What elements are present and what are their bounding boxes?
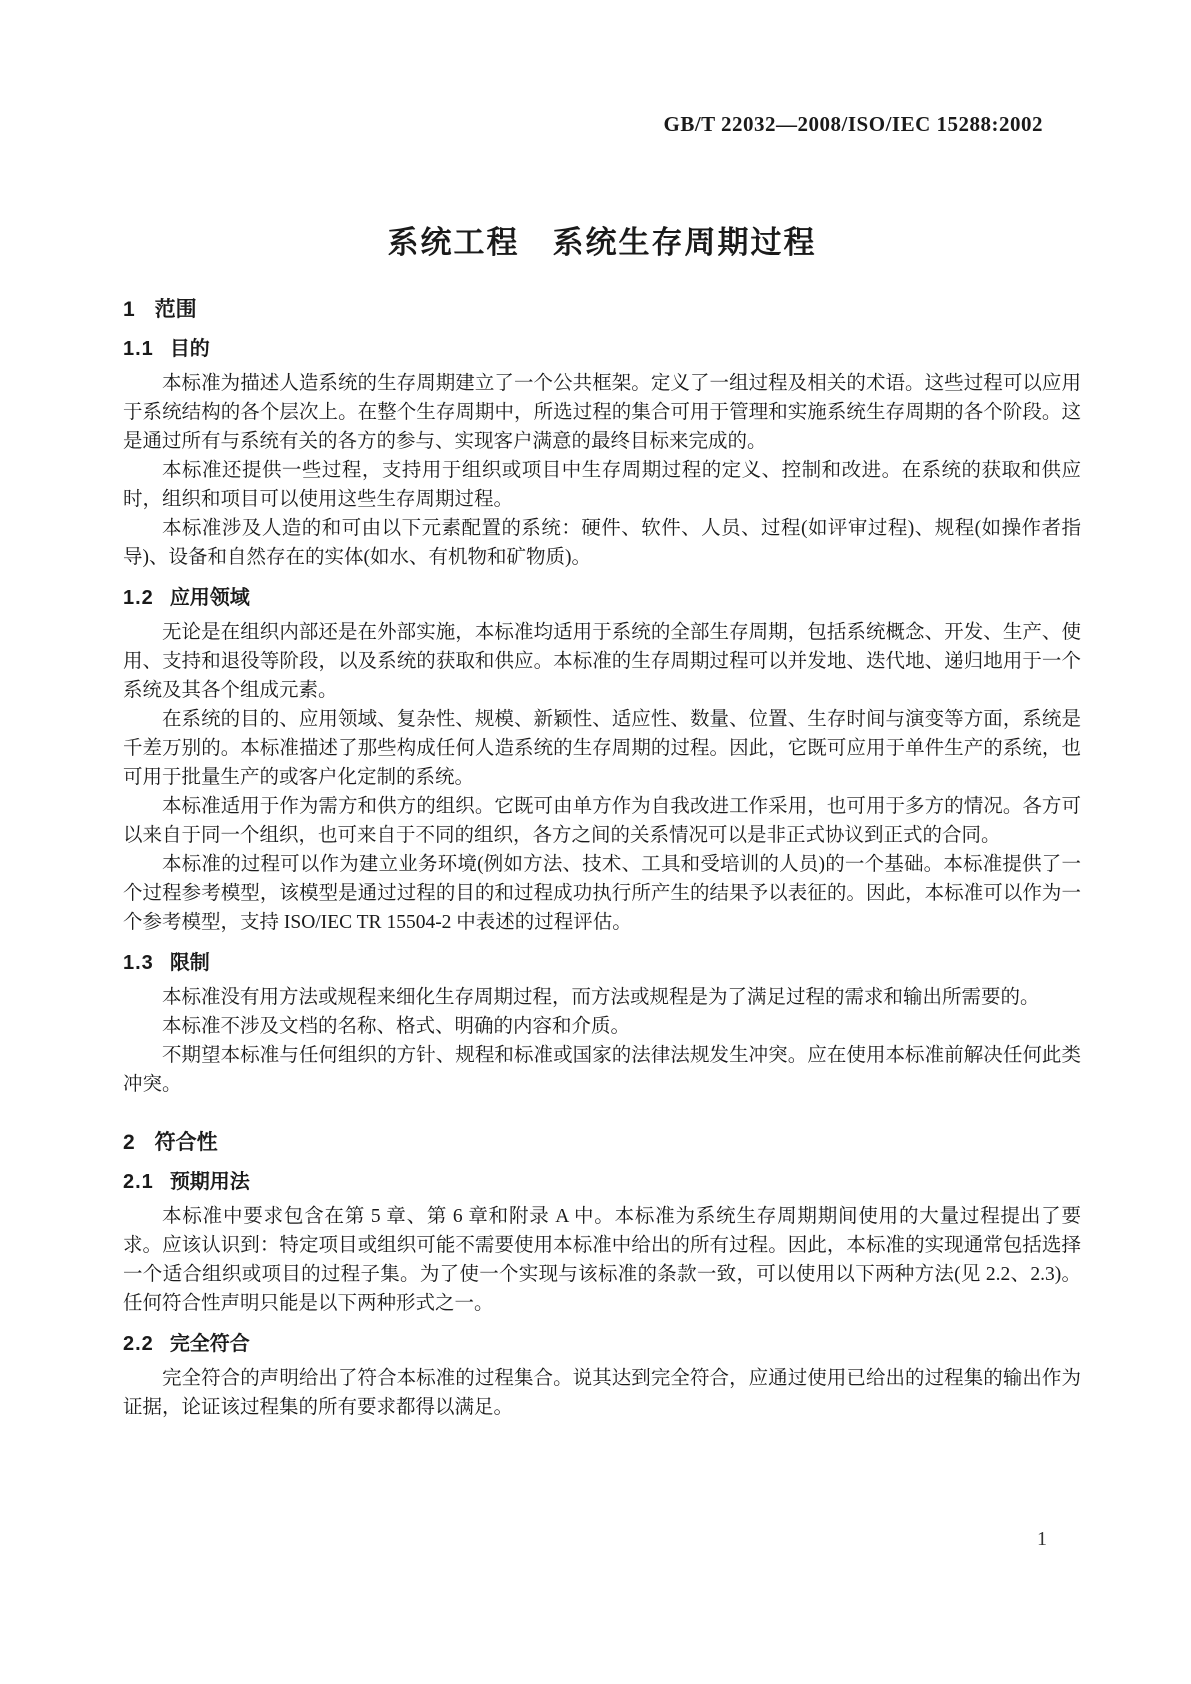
heading-label: 应用领域 bbox=[170, 587, 250, 609]
heading-number: 1.1 bbox=[123, 338, 154, 360]
subsection-heading: 2.2完全符合 bbox=[123, 1332, 1081, 1356]
standard-number-header: GB/T 22032—2008/ISO/IEC 15288:2002 bbox=[123, 112, 1081, 137]
heading-number: 1 bbox=[123, 298, 136, 321]
heading-label: 符合性 bbox=[155, 1131, 218, 1154]
paragraph: 本标准中要求包含在第 5 章、第 6 章和附录 A 中。本标准为系统生存周期期间… bbox=[123, 1202, 1081, 1318]
heading-label: 预期用法 bbox=[170, 1171, 250, 1193]
paragraph: 完全符合的声明给出了符合本标准的过程集合。说其达到完全符合，应通过使用已给出的过… bbox=[123, 1364, 1081, 1422]
paragraph: 本标准的过程可以作为建立业务环境(例如方法、技术、工具和受培训的人员)的一个基础… bbox=[123, 850, 1081, 937]
paragraph: 本标准适用于作为需方和供方的组织。它既可由单方作为自我改进工作采用，也可用于多方… bbox=[123, 792, 1081, 850]
heading-number: 2.1 bbox=[123, 1171, 154, 1193]
document-page: GB/T 22032—2008/ISO/IEC 15288:2002 系统工程 … bbox=[0, 0, 1191, 1684]
document-body: 1范围1.1目的本标准为描述人造系统的生存周期建立了一个公共框架。定义了一组过程… bbox=[123, 296, 1081, 1422]
page-number: 1 bbox=[1037, 1528, 1047, 1551]
paragraph: 本标准涉及人造的和可由以下元素配置的系统：硬件、软件、人员、过程(如评审过程)、… bbox=[123, 514, 1081, 572]
paragraph: 本标准为描述人造系统的生存周期建立了一个公共框架。定义了一组过程及相关的术语。这… bbox=[123, 369, 1081, 456]
page-content: GB/T 22032—2008/ISO/IEC 15288:2002 系统工程 … bbox=[123, 0, 1081, 1422]
paragraph: 在系统的目的、应用领域、复杂性、规模、新颖性、适应性、数量、位置、生存时间与演变… bbox=[123, 705, 1081, 792]
heading-label: 限制 bbox=[170, 952, 210, 974]
section-heading: 2符合性 bbox=[123, 1129, 1081, 1156]
heading-number: 2 bbox=[123, 1131, 136, 1154]
paragraph: 本标准不涉及文档的名称、格式、明确的内容和介质。 bbox=[123, 1012, 1081, 1041]
paragraph: 不期望本标准与任何组织的方针、规程和标准或国家的法律法规发生冲突。应在使用本标准… bbox=[123, 1041, 1081, 1099]
paragraph: 本标准还提供一些过程，支持用于组织或项目中生存周期过程的定义、控制和改进。在系统… bbox=[123, 456, 1081, 514]
section-heading: 1范围 bbox=[123, 296, 1081, 323]
heading-number: 2.2 bbox=[123, 1333, 154, 1355]
heading-label: 范围 bbox=[155, 298, 197, 321]
paragraph: 无论是在组织内部还是在外部实施，本标准均适用于系统的全部生存周期，包括系统概念、… bbox=[123, 618, 1081, 705]
heading-number: 1.3 bbox=[123, 952, 154, 974]
heading-number: 1.2 bbox=[123, 587, 154, 609]
paragraph: 本标准没有用方法或规程来细化生存周期过程，而方法或规程是为了满足过程的需求和输出… bbox=[123, 983, 1081, 1012]
document-title: 系统工程 系统生存周期过程 bbox=[123, 225, 1081, 261]
subsection-heading: 2.1预期用法 bbox=[123, 1170, 1081, 1194]
subsection-heading: 1.1目的 bbox=[123, 337, 1081, 361]
heading-label: 完全符合 bbox=[170, 1333, 250, 1355]
heading-label: 目的 bbox=[170, 338, 210, 360]
subsection-heading: 1.3限制 bbox=[123, 951, 1081, 975]
subsection-heading: 1.2应用领域 bbox=[123, 586, 1081, 610]
